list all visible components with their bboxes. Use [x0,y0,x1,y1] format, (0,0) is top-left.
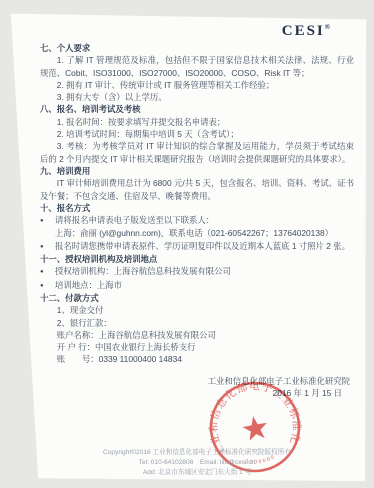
section-11-bullet-1: ● 授权培训机构：上海谷航信息科技发展有限公司 [40,265,354,278]
section-8-item-3: 3. 考核：为考核学员对 IT 审计知识的综合掌握及运用能力，学员须于考试结束后… [40,140,354,165]
section-7-item-3: 3. 拥有大专（含）以上学历。 [40,91,354,103]
bullet-icon: ● [40,279,55,292]
section-8-item-1: 1. 报名时间：按要求填写并提交报名申请表； [40,116,354,128]
footer-contact: Tel: 010-64102808 Email: lilu@cesi.cn [40,458,354,468]
section-8-item-2: 2. 培训考试时间：每期集中培训 5 天（含考试）； [40,128,354,140]
signoff-organization: 工业和信息化部电子工业标准化研究院 [40,375,354,387]
bullet-icon: ● [40,240,55,253]
section-8-heading: 八、报名、培训考试及考核 [40,103,354,115]
section-7-heading: 七、个人要求 [40,42,354,54]
section-10-bullet-1-text: 请将报名申请表电子版发送至以下联系人： [55,214,354,227]
signoff-block: 工业和信息化部电子工业标准化研究院 2016 年 1 月 15 日 [40,375,354,400]
account-name-line: 账户名称：上海谷航信息科技发展有限公司 [40,329,354,341]
section-12-heading: 十二、付款方式 [40,292,354,304]
bullet-icon: ● [40,214,55,227]
section-7-item-2: 2. 拥有 IT 审计、传统审计或 IT 服务管理等相关工作经验； [40,79,354,91]
footer-address: Add: 北京市东城区安定门东大街 1 号 [40,468,354,478]
section-10-bullet-2: ● 报名时请您携带申请表原件、学历证明复印件以及近期本人蓝底 1 寸照片 2 张… [40,240,354,253]
section-10-bullet-1: ● 请将报名申请表电子版发送至以下联系人： [40,214,354,227]
cesi-logo: CESI® [282,23,330,40]
document-body: 七、个人要求 1. 了解 IT 管理规范及标准，包括但不限于国家信息技术相关法律… [40,42,354,399]
account-number-line: 账 号：0339 11000400 14834 [40,353,354,365]
cesi-logo-text: CESI [282,23,325,39]
registered-trademark-icon: ® [325,23,330,31]
section-11-bullet-1-text: 授权培训机构：上海谷航信息科技发展有限公司 [55,265,354,278]
section-10-contact-line: 上海：俞丽 (yl@guhnn.com)，联系电话（021-60542267；1… [40,227,354,239]
section-12-item-2: 2、银行汇款： [40,317,354,329]
section-9-heading: 九、培训费用 [40,165,354,177]
section-11-bullet-2-text: 培训地点：上海市 [55,279,354,292]
section-11-bullet-2: ● 培训地点：上海市 [40,279,354,292]
section-12-item-1: 1、现金交付 [40,304,354,316]
section-10-bullet-2-text: 报名时请您携带申请表原件、学历证明复印件以及近期本人蓝底 1 寸照片 2 张。 [55,240,354,253]
footer-copyright: Copyright©2016 工业和信息化部电子工业标准化研究院版权所有 [40,448,354,458]
section-11-heading: 十一、授权培训机构及培训地点 [40,253,354,265]
section-7-item-1: 1. 了解 IT 管理规范及标准，包括但不限于国家信息技术相关法律、法规、行业规… [40,54,354,79]
bullet-icon: ● [40,265,55,278]
bank-branch-line: 开 户 行：中国农业银行上海长桥支行 [40,341,354,353]
page-footer: Copyright©2016 工业和信息化部电子工业标准化研究院版权所有 Tel… [40,448,354,478]
signoff-date: 2016 年 1 月 15 日 [40,387,354,399]
section-10-heading: 十、报名方式 [40,202,354,214]
section-9-body: IT 审计师培训费用总计为 6800 元/共 5 天，包含报名、培训、资料、考试… [40,177,354,202]
